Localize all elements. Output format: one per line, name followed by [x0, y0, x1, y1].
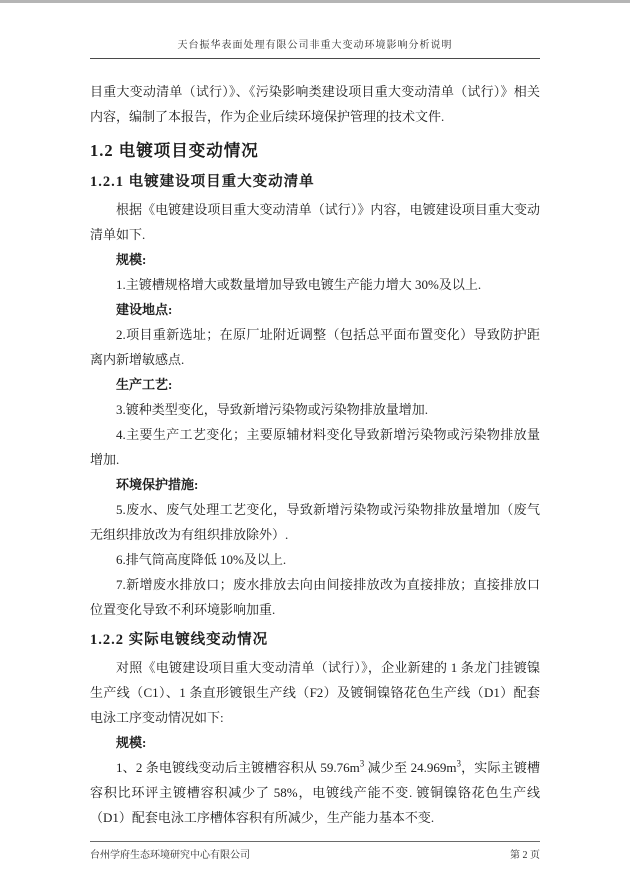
- footer-company-name: 台州学府生态环境研究中心有限公司: [90, 846, 250, 861]
- paragraph-continuation: 目重大变动清单（试行）》、《污染影响类建设项目重大变动清单（试行）》相关内容，编…: [90, 79, 540, 129]
- label-scale-2: 规模:: [90, 730, 540, 755]
- list-item-4: 4.主要生产工艺变化；主要原辅材料变化导致新增污染物或污染物排放量增加.: [90, 422, 540, 472]
- label-process: 生产工艺:: [90, 372, 540, 397]
- section-1-2-1-intro: 根据《电镀建设项目重大变动清单（试行）》内容，电镀建设项目重大变动清单如下.: [90, 197, 540, 247]
- section-heading-1-2: 1.2 电镀项目变动情况: [90, 137, 540, 164]
- list-item-3: 3.镀种类型变化，导致新增污染物或污染物排放量增加.: [90, 397, 540, 422]
- list-item-2: 2.项目重新选址；在原厂址附近调整（包括总平面布置变化）导致防护距离内新增敏感点…: [90, 322, 540, 372]
- page-header: 天台振华表面处理有限公司非重大变动环境影响分析说明: [90, 36, 540, 59]
- label-scale: 规模:: [90, 247, 540, 272]
- section-heading-1-2-1: 1.2.1 电镀建设项目重大变动清单: [90, 169, 540, 195]
- page-top-border: [0, 0, 630, 3]
- text-segment: 减少至 24.969m: [364, 760, 456, 775]
- document-body: 目重大变动清单（试行）》、《污染影响类建设项目重大变动清单（试行）》相关内容，编…: [90, 79, 540, 830]
- list-item-1: 1.主镀槽规格增大或数量增加导致电镀生产能力增大 30%及以上.: [90, 272, 540, 297]
- list-item-5: 5.废水、废气处理工艺变化，导致新增污染物或污染物排放量增加（废气无组织排放改为…: [90, 497, 540, 547]
- section-heading-1-2-2: 1.2.2 实际电镀线变动情况: [90, 627, 540, 653]
- list-item-6: 6.排气筒高度降低 10%及以上.: [90, 547, 540, 572]
- section-1-2-2-intro: 对照《电镀建设项目重大变动清单（试行）》，企业新建的 1 条龙门挂镀镍生产线（C…: [90, 655, 540, 730]
- document-page: 天台振华表面处理有限公司非重大变动环境影响分析说明 目重大变动清单（试行）》、《…: [0, 0, 630, 894]
- text-segment: 1、2 条电镀线变动后主镀槽容积从 59.76m: [116, 760, 360, 775]
- label-environment: 环境保护措施:: [90, 472, 540, 497]
- section-1-2-2-item-1: 1、2 条电镀线变动后主镀槽容积从 59.76m3 减少至 24.969m3，实…: [90, 755, 540, 830]
- page-footer: 台州学府生态环境研究中心有限公司 第 2 页: [90, 841, 540, 861]
- label-location: 建设地点:: [90, 297, 540, 322]
- page-number: 第 2 页: [510, 846, 540, 861]
- list-item-7: 7.新增废水排放口；废水排放去向由间接排放改为直接排放；直接排放口位置变化导致不…: [90, 572, 540, 622]
